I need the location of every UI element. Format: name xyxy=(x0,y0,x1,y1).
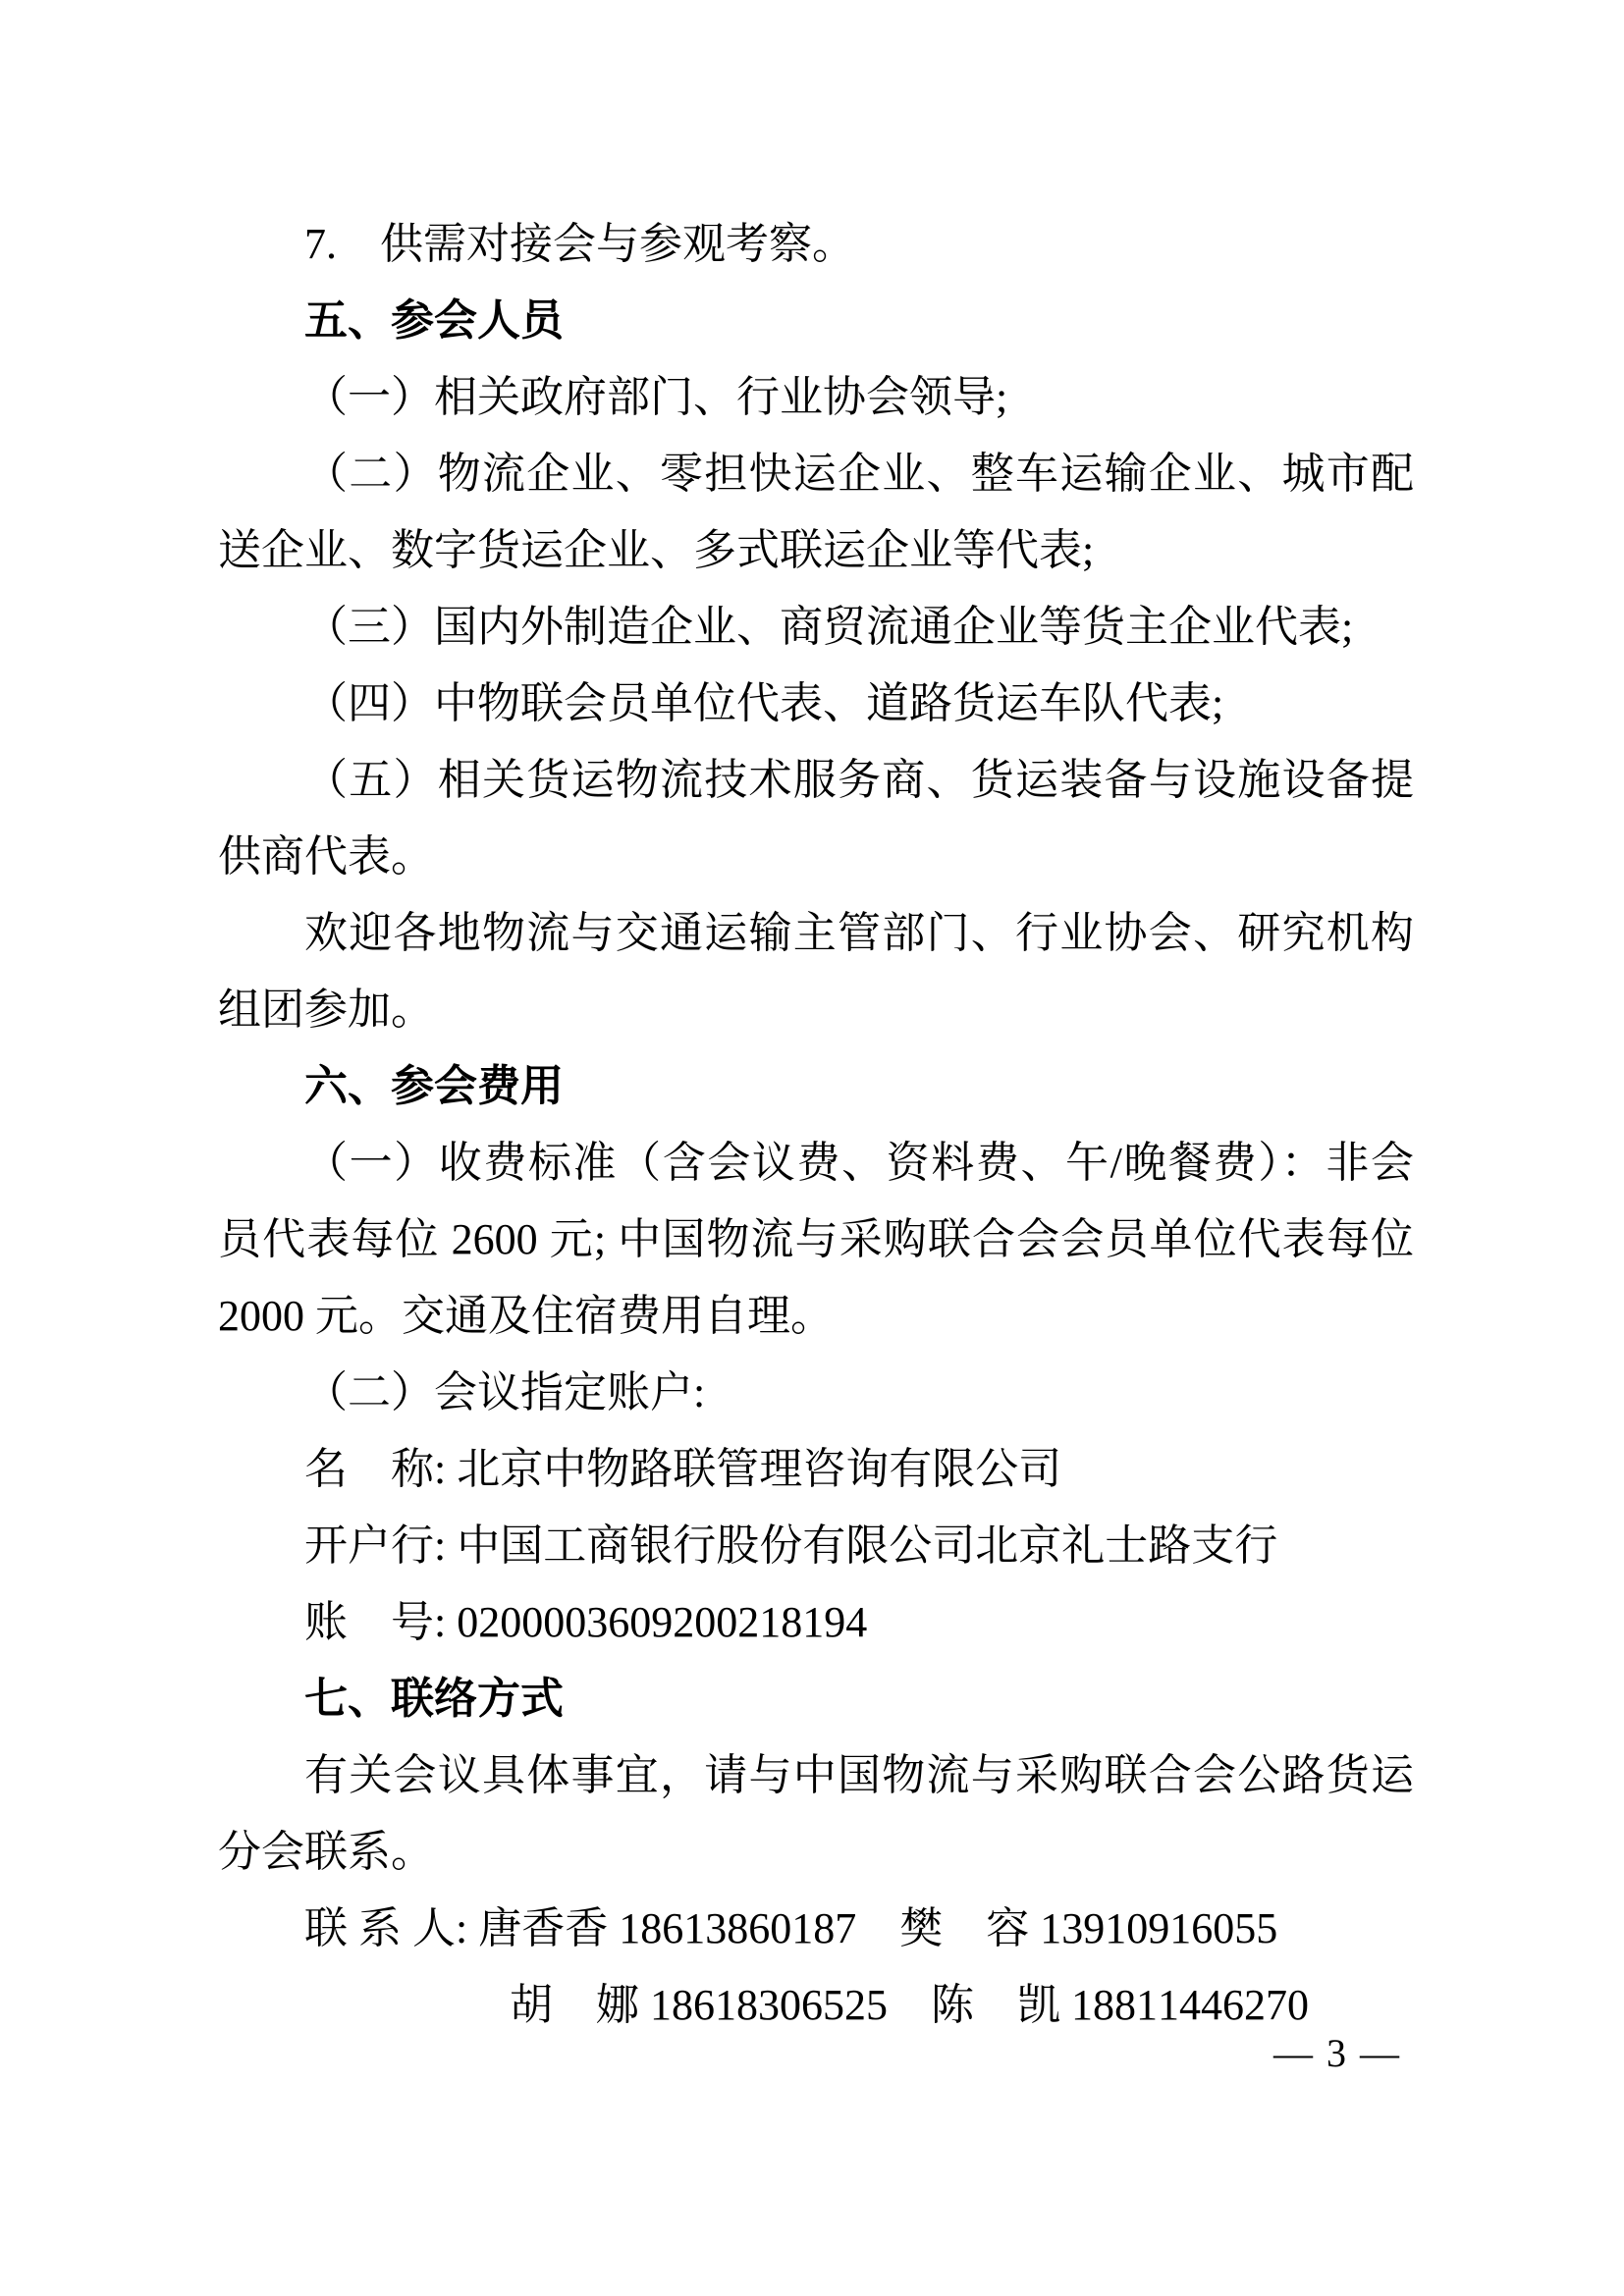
participant-item-3: （三）国内外制造企业、商贸流通企业等货主企业代表; xyxy=(218,589,1414,666)
page-number: — 3 — xyxy=(1273,2032,1401,2075)
account-number: 账 号: 0200003609200218194 xyxy=(218,1584,1414,1661)
document-page: 7. 供需对接会与参观考察。 五、参会人员 （一）相关政府部门、行业协会领导; … xyxy=(0,0,1624,2296)
contact-line-2: 胡 娜 18618306525 陈 凯 18811446270 xyxy=(218,1967,1414,2044)
account-intro: （二）会议指定账户: xyxy=(218,1355,1414,1431)
heading-contact: 七、联络方式 xyxy=(218,1661,1414,1737)
contact-line-1: 联 系 人: 唐香香 18613860187 樊 容 13910916055 xyxy=(218,1891,1414,1967)
account-name: 名 称: 北京中物路联管理咨询有限公司 xyxy=(218,1431,1414,1508)
account-bank: 开户行: 中国工商银行股份有限公司北京礼士路支行 xyxy=(218,1508,1414,1584)
welcome-note: 欢迎各地物流与交通运输主管部门、行业协会、研究机构组团参加。 xyxy=(218,895,1414,1048)
contact-intro: 有关会议具体事宜，请与中国物流与采购联合会公路货运分会联系。 xyxy=(218,1737,1414,1891)
fee-standard: （一）收费标准（含会议费、资料费、午/晚餐费）：非会员代表每位 2600 元; … xyxy=(218,1125,1414,1355)
heading-fees: 六、参会费用 xyxy=(218,1048,1414,1125)
participant-item-5: （五）相关货运物流技术服务商、货运装备与设施设备提供商代表。 xyxy=(218,742,1414,895)
participant-item-2: （二）物流企业、零担快运企业、整车运输企业、城市配送企业、数字货运企业、多式联运… xyxy=(218,436,1414,589)
participant-item-1: （一）相关政府部门、行业协会领导; xyxy=(218,359,1414,436)
heading-participants: 五、参会人员 xyxy=(218,283,1414,359)
agenda-item-7: 7. 供需对接会与参观考察。 xyxy=(218,206,1414,283)
participant-item-4: （四）中物联会员单位代表、道路货运车队代表; xyxy=(218,666,1414,742)
document-body: 7. 供需对接会与参观考察。 五、参会人员 （一）相关政府部门、行业协会领导; … xyxy=(218,206,1414,2044)
